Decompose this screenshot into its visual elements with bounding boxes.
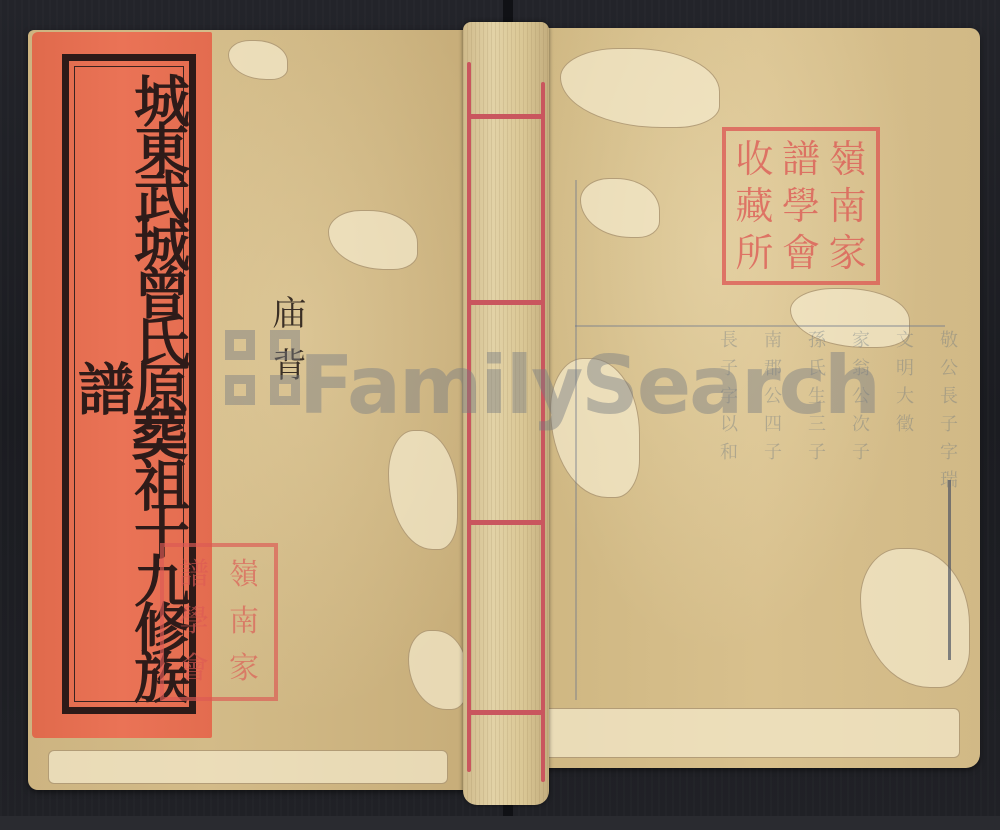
printed-fragments: 位 肯同治 南譜 馨亮 叔藻 德明 [860, 380, 1000, 754]
paper-damage [560, 48, 720, 128]
print-frame-line [575, 180, 577, 700]
seal-char: 學 [779, 184, 824, 229]
seal-char: 會 [779, 230, 824, 275]
seal-char: 家 [825, 230, 870, 275]
print-frame-line [575, 325, 945, 327]
collector-seal-top: 嶺 南 家 譜 學 會 收 藏 所 [722, 127, 880, 285]
paper-damage [580, 178, 660, 238]
paper-damage [408, 630, 468, 710]
seal-char: 藏 [732, 184, 777, 229]
seal-char: 收 [732, 137, 777, 182]
binding-thread [541, 82, 545, 782]
binding-thread [467, 62, 471, 772]
paper-damage [328, 210, 418, 270]
collector-seal-bottom: 嶺 南 家 譜 學 會 [160, 543, 278, 701]
binding-stitch [467, 710, 545, 715]
seal-char: 嶺 [825, 137, 870, 182]
seal-char: 南 [220, 600, 268, 645]
seal-char: 會 [170, 646, 218, 691]
paper-damage [48, 750, 448, 784]
handwritten-note: 庙背 [262, 295, 311, 399]
seal-char: 南 [825, 184, 870, 229]
seal-char: 所 [732, 230, 777, 275]
seal-char: 譜 [779, 137, 824, 182]
binding-stitch [467, 300, 545, 305]
seal-char: 學 [170, 600, 218, 645]
seal-char: 嶺 [220, 553, 268, 598]
bottom-strip [0, 816, 1000, 830]
book-spine [463, 22, 549, 805]
binding-stitch [467, 114, 545, 119]
paper-damage [388, 430, 458, 550]
seal-char: 譜 [170, 553, 218, 598]
binding-stitch [467, 520, 545, 525]
paper-damage [228, 40, 288, 80]
seal-char: 家 [220, 646, 268, 691]
